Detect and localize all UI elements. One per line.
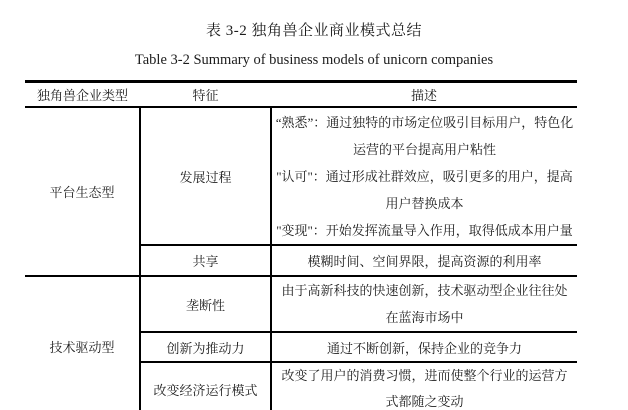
cell-description-change-economy: 改变了用户的消费习惯，进而使整个行业的运营方 式都随之变动 [271,362,577,410]
table-row: 技术驱动型 垄断性 由于高新科技的快速创新，技术驱动型企业往往处 在蓝海市场中 [25,276,577,332]
description-line: "变现"：开始发挥流量导入作用，取得低成本用户量 [272,217,577,244]
cell-company-type-platform: 平台生态型 [25,107,140,276]
cell-feature-development: 发展过程 [140,107,271,245]
cell-feature-sharing: 共享 [140,245,271,276]
cell-company-type-tech: 技术驱动型 [25,276,140,410]
cell-description-monopoly: 由于高新科技的快速创新，技术驱动型企业往往处 在蓝海市场中 [271,276,577,332]
table-title-zh: 表 3-2 独角兽企业商业模式总结 [0,0,628,40]
description-line: 用户替换成本 [272,190,577,217]
cell-description-development: “熟悉”：通过独特的市场定位吸引目标用户，特色化 运营的平台提高用户粘性 "认可… [271,107,577,245]
description-line: 在蓝海市场中 [272,304,577,331]
table-header-row: 独角兽企业类型 特征 描述 [25,82,577,108]
table-title-en: Table 3-2 Summary of business models of … [0,52,628,68]
description-line: 模糊时间、空间界限，提高资源的利用率 [272,251,577,270]
cell-description-sharing: 模糊时间、空间界限，提高资源的利用率 [271,245,577,276]
document-page: 表 3-2 独角兽企业商业模式总结 Table 3-2 Summary of b… [0,0,628,410]
header-cell-description: 描述 [271,82,577,108]
cell-feature-monopoly: 垄断性 [140,276,271,332]
cell-description-innovation: 通过不断创新，保持企业的竞争力 [271,332,577,362]
table-row: 平台生态型 发展过程 “熟悉”：通过独特的市场定位吸引目标用户，特色化 运营的平… [25,107,577,245]
description-line: “熟悉”：通过独特的市场定位吸引目标用户，特色化 [272,109,577,136]
description-line: 式都随之变动 [272,389,577,410]
header-cell-company-type: 独角兽企业类型 [25,82,140,108]
cell-feature-innovation: 创新为推动力 [140,332,271,362]
description-line: "认可"：通过形成社群效应，吸引更多的用户，提高 [272,163,577,190]
description-line: 通过不断创新，保持企业的竞争力 [272,338,577,357]
cell-feature-change-economy: 改变经济运行模式 [140,362,271,410]
description-line: 运营的平台提高用户粘性 [272,136,577,163]
business-model-summary-table: 独角兽企业类型 特征 描述 平台生态型 发展过程 “熟悉”：通过独特的市场定位吸… [25,80,577,410]
header-cell-feature: 特征 [140,82,271,108]
description-line: 改变了用户的消费习惯，进而使整个行业的运营方 [272,363,577,389]
description-line: 由于高新科技的快速创新，技术驱动型企业往往处 [272,277,577,304]
